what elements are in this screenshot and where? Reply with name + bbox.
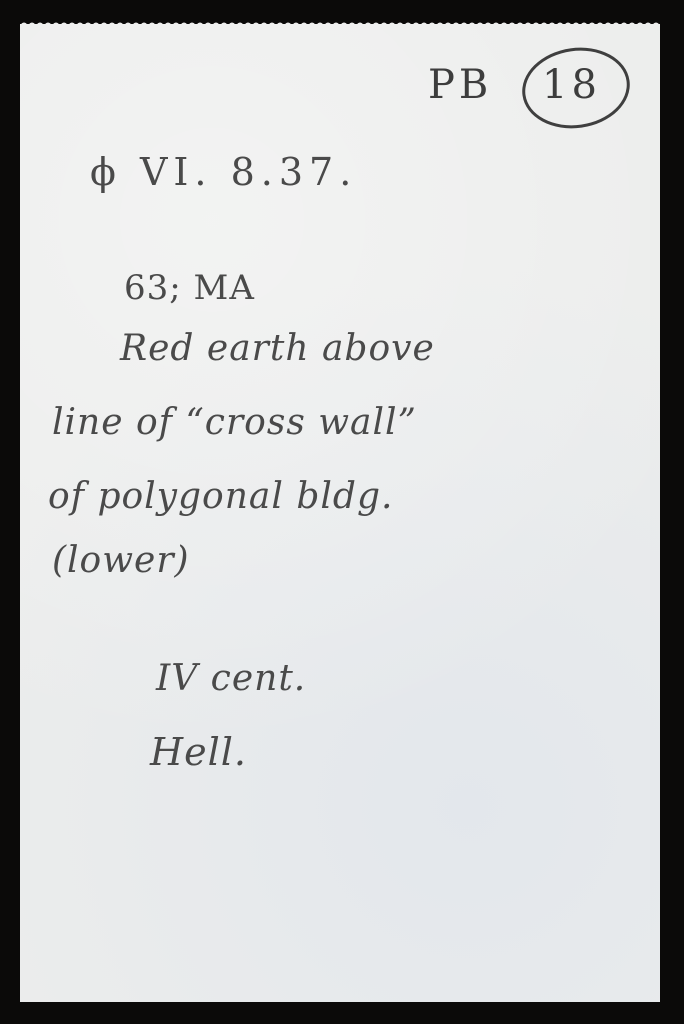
note-line-3: of polygonal bldg. xyxy=(48,476,393,517)
note-line-4: (lower) xyxy=(52,540,190,581)
note-line-locus: 63; MA xyxy=(124,268,255,308)
date-line: ϕ VI. 8.37. xyxy=(90,150,357,194)
reference-number: 18 xyxy=(542,62,601,108)
reference-prefix: PB xyxy=(428,62,492,108)
note-line-1: Red earth above xyxy=(120,328,435,369)
date-attribution: IV cent. xyxy=(156,658,306,699)
note-line-2: line of “cross wall” xyxy=(52,402,417,443)
period-attribution: Hell. xyxy=(150,730,247,774)
